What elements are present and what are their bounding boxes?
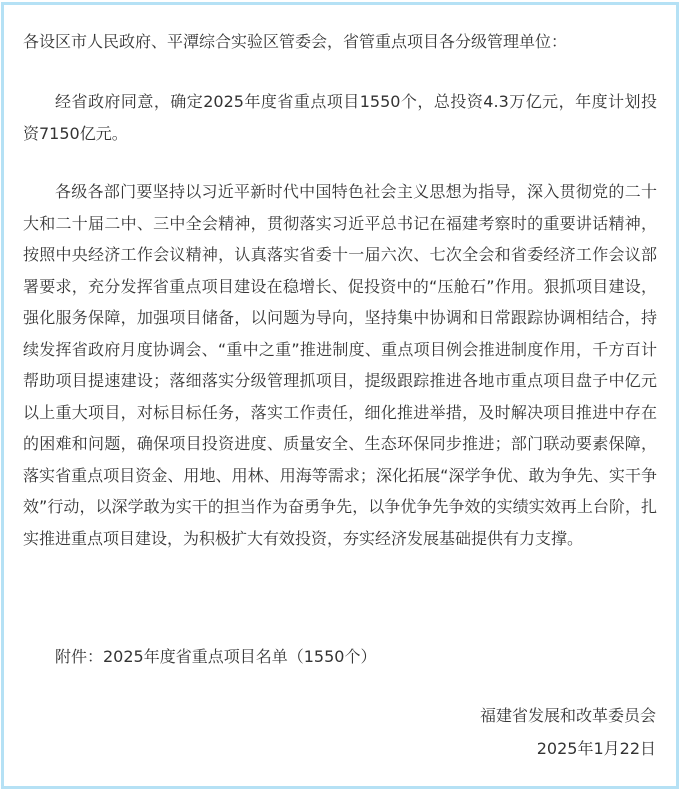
notice-document: 各设区市人民政府、平潭综合实验区管委会，省管重点项目各分级管理单位： 经省政府同… [1,2,679,789]
salutation: 各设区市人民政府、平潭综合实验区管委会，省管重点项目各分级管理单位： [23,26,657,58]
issuer-signature: 福建省发展和改革委员会 [480,700,656,732]
attachment-line: 附件：2025年度省重点项目名单（1550个） [23,641,657,673]
paragraph-work-requirements: 各级各部门要坚持以习近平新时代中国特色社会主义思想为指导，深入贯彻党的二十大和二… [23,176,657,554]
issue-date: 2025年1月22日 [537,733,656,765]
paragraph-project-summary: 经省政府同意，确定2025年度省重点项目1550个，总投资4.3万亿元，年度计划… [23,86,657,149]
